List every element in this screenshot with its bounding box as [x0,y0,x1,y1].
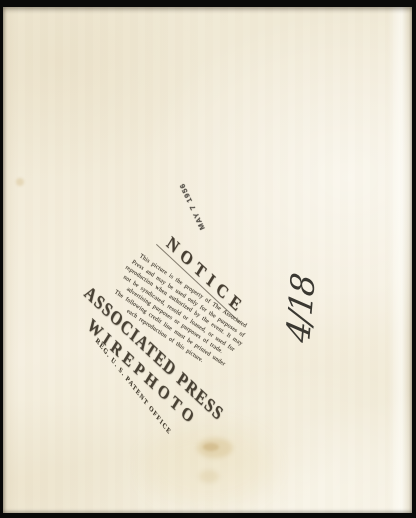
paper-stain [16,178,24,186]
photo-paper-back: MAY 7 1956 NOTICE This picture is the pr… [3,7,412,513]
scan-background: { "stamps": { "date_stamp": { "text": "M… [0,0,416,518]
handwritten-number: 4/18 [277,262,326,355]
date-stamp: MAY 7 1956 [173,175,210,238]
ap-notice-stamp: NOTICE This picture is the property of T… [47,187,294,469]
